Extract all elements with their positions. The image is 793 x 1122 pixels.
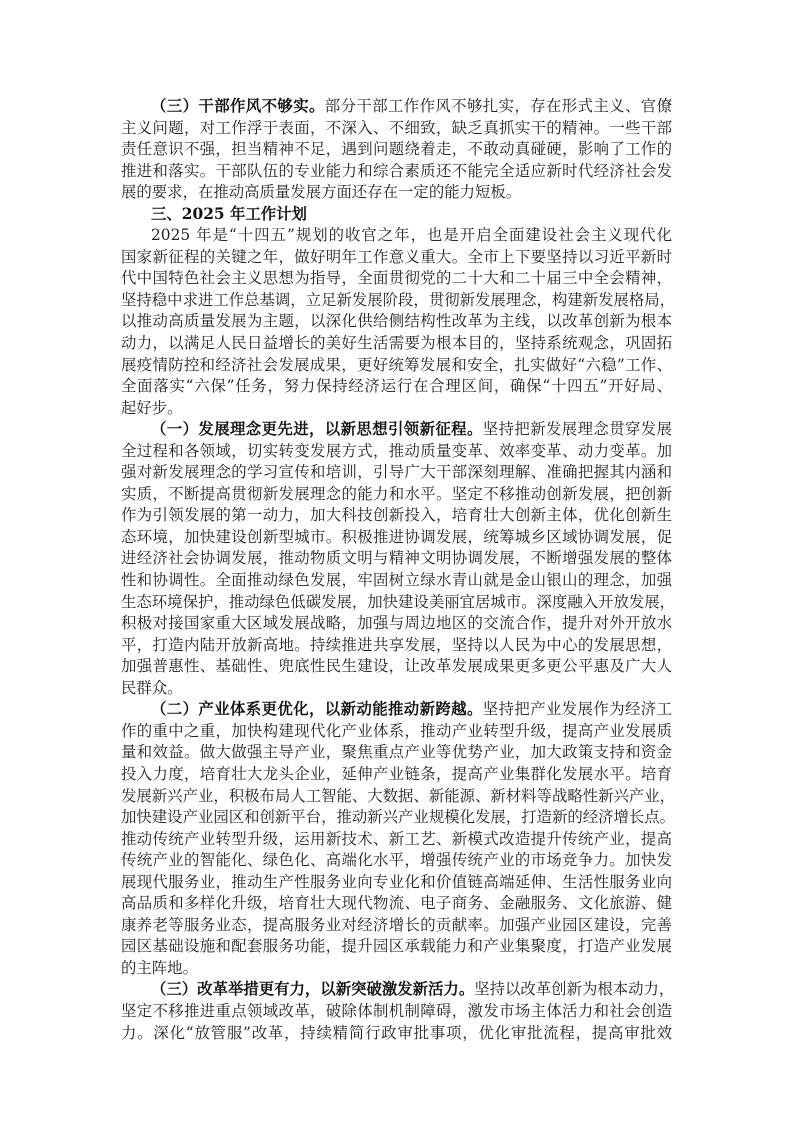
text-line: （一）发展理念更先进，以新思想引领新征程。坚持把新发展理念贯穿发展 — [121, 419, 672, 441]
text-line: 量和效益。做大做强主导产业，聚焦重点产业等优势产业，加大政策支持和资金 — [121, 742, 672, 764]
text-line: 力。深化“放管服”改革，持续精简行政审批事项，优化审批流程，提高审批效 — [121, 1023, 672, 1045]
paragraph-reform-measures: （三）改革举措更有力，以新突破激发新活力。坚持以改革创新为根本动力， 坚定不移推… — [121, 979, 672, 1044]
text-line: 发展新兴产业，积极布局人工智能、大数据、新能源、新材料等战略性新兴产业， — [121, 786, 672, 808]
text-line: 性和协调性。全面推动绿色发展，牢固树立绿水青山就是金山银山的理念，加强 — [121, 570, 672, 592]
text-line: 全面落实“六保”任务，努力保持经济运行在合理区间，确保“十四五”开好局、 — [121, 376, 672, 398]
text-line: 展的要求，在推动高质量发展方面还存在一定的能力短板。 — [121, 182, 672, 204]
text-line: 积极对接国家重大区域发展战略，加强与周边地区的交流合作，提升对外开放水 — [121, 613, 672, 635]
text-line: 高品质和多样化升级，培育壮大现代物流、电子商务、金融服务、文化旅游、健 — [121, 893, 672, 915]
text-line: 园区基础设施和配套服务功能，提升园区承载能力和产业集聚度，打造产业发展 — [121, 936, 672, 958]
text-line: 康养老等服务业态，提高服务业对经济增长的贡献率。加强产业园区建设，完善 — [121, 915, 672, 937]
text-line: 作的重中之重，加快构建现代化产业体系，推动产业转型升级，提高产业发展质 — [121, 721, 672, 743]
paragraph-2025-intro: 2025 年是“十四五”规划的收官之年，也是开启全面建设社会主义现代化 国家新征… — [121, 225, 672, 419]
text-line: 传统产业的智能化、绿色化、高端化水平，增强传统产业的市场竞争力。加快发 — [121, 850, 672, 872]
text-line: 的主阵地。 — [121, 958, 672, 980]
text-line: （二）产业体系更优化，以新动能推动新跨越。坚持把产业发展作为经济工 — [121, 699, 672, 721]
text-line: 平，打造内陆开放新高地。持续推进共享发展，坚持以人民为中心的发展思想， — [121, 635, 672, 657]
text-line: 主义问题，对工作浮于表面，不深入、不细致，缺乏真抓实干的精神。一些干部 — [121, 118, 672, 140]
document-body: （三）干部作风不够实。部分干部工作作风不够扎实，存在形式主义、官僚 主义问题，对… — [121, 96, 672, 1044]
text-line: 实质，不断提高贯彻新发展理念的能力和水平。坚定不移推动创新发展，把创新 — [121, 484, 672, 506]
text-line: 责任意识不强，担当精神不足，遇到问题绕着走，不敢动真碰硬，影响了工作的 — [121, 139, 672, 161]
text-line: 作为引领发展的第一动力，加大科技创新投入，培育壮大创新主体，优化创新生 — [121, 505, 672, 527]
text-line: （三）干部作风不够实。部分干部工作作风不够扎实，存在形式主义、官僚 — [121, 96, 672, 118]
text-line: 起好步。 — [121, 398, 672, 420]
text-line: 生态环境保护，推动绿色低碳发展，加快建设美丽宜居城市。深度融入开放发展， — [121, 592, 672, 614]
section-heading: 三、2025 年工作计划 — [121, 204, 672, 226]
paragraph-cadre-style: （三）干部作风不够实。部分干部工作作风不够扎实，存在形式主义、官僚 主义问题，对… — [121, 96, 672, 204]
text-line: 强对新发展理念的学习宣传和培训，引导广大干部深刻理解、准确把握其内涵和 — [121, 462, 672, 484]
text-line: 态环境，加快建设创新型城市。积极推进协调发展，统筹城乡区域协调发展，促 — [121, 527, 672, 549]
text-line: 加快建设产业园区和创新平台，推动新兴产业规模化发展，打造新的经济增长点。 — [121, 807, 672, 829]
paragraph-development-concept: （一）发展理念更先进，以新思想引领新征程。坚持把新发展理念贯穿发展 全过程和各领… — [121, 419, 672, 699]
text-line: 全过程和各领域，切实转变发展方式，推动质量变革、效率变革、动力变革。加 — [121, 441, 672, 463]
paragraph-lead: （三）改革举措更有力，以新突破激发新活力。 — [151, 980, 474, 998]
text-line: 2025 年是“十四五”规划的收官之年，也是开启全面建设社会主义现代化 — [121, 225, 672, 247]
text-line: 投入力度，培育壮大龙头企业，延伸产业链条，提高产业集群化发展水平。培育 — [121, 764, 672, 786]
text-line: 推进和落实。干部队伍的专业能力和综合素质还不能完全适应新时代经济社会发 — [121, 161, 672, 183]
document-page: （三）干部作风不够实。部分干部工作作风不够扎实，存在形式主义、官僚 主义问题，对… — [0, 0, 793, 1122]
paragraph-lead: （三）干部作风不够实。 — [151, 97, 325, 115]
text-line: 国家新征程的关键之年，做好明年工作意义重大。全市上下要坚持以习近平新时 — [121, 247, 672, 269]
text-line: 加强普惠性、基础性、兜底性民生建设，让改革发展成果更多更公平惠及广大人 — [121, 656, 672, 678]
paragraph-industry-system: （二）产业体系更优化，以新动能推动新跨越。坚持把产业发展作为经济工 作的重中之重… — [121, 699, 672, 979]
text-line: 代中国特色社会主义思想为指导，全面贯彻党的二十大和二十届三中全会精神， — [121, 268, 672, 290]
text-line: 以推动高质量发展为主题，以深化供给侧结构性改革为主线，以改革创新为根本 — [121, 311, 672, 333]
text-line: 坚持稳中求进工作总基调，立足新发展阶段，贯彻新发展理念，构建新发展格局， — [121, 290, 672, 312]
text-line: 展现代服务业，推动生产性服务业向专业化和价值链高端延伸、生活性服务业向 — [121, 872, 672, 894]
text-line: 进经济社会协调发展，推动物质文明与精神文明协调发展，不断增强发展的整体 — [121, 548, 672, 570]
text-line: （三）改革举措更有力，以新突破激发新活力。坚持以改革创新为根本动力， — [121, 979, 672, 1001]
paragraph-lead: （二）产业体系更优化，以新动能推动新跨越。 — [151, 700, 483, 718]
text-line: 坚定不移推进重点领域改革，破除体制机制障碍，激发市场主体活力和社会创造 — [121, 1001, 672, 1023]
text-line: 民群众。 — [121, 678, 672, 700]
text-line: 推动传统产业转型升级，运用新技术、新工艺、新模式改造提升传统产业，提高 — [121, 829, 672, 851]
text-line: 展疫情防控和经济社会发展成果，更好统筹发展和安全，扎实做好“六稳”工作、 — [121, 355, 672, 377]
paragraph-lead: （一）发展理念更先进，以新思想引领新征程。 — [151, 420, 483, 438]
text-line: 动力，以满足人民日益增长的美好生活需要为根本目的，坚持系统观念，巩固拓 — [121, 333, 672, 355]
